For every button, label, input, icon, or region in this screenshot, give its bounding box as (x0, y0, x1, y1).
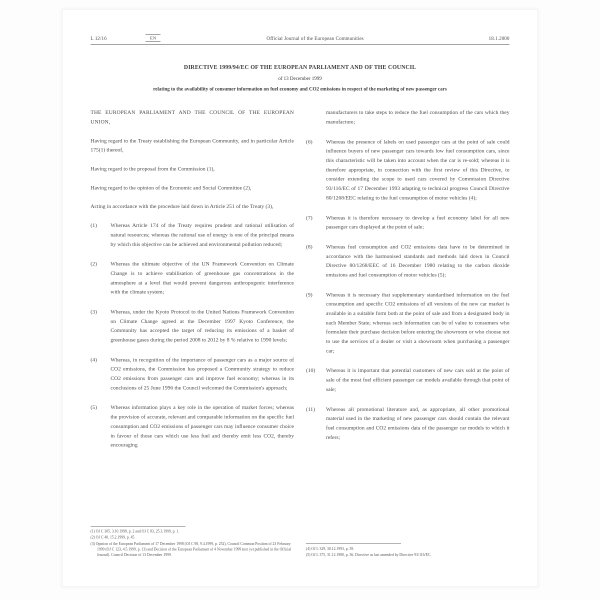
recital-text: Whereas, in recognition of the importanc… (111, 357, 295, 391)
directive-title: DIRECTIVE 1999/94/EC OF THE EUROPEAN PAR… (91, 64, 510, 72)
recital-text: Whereas it is important that potential c… (326, 368, 510, 393)
citation: Acting in accordance with the procedure … (91, 202, 295, 211)
recital: (8) Whereas fuel consumption and CO2 emi… (306, 242, 510, 279)
recital-text: Whereas Article 174 of the Treaty requir… (111, 223, 295, 248)
recital-number: (3) (91, 307, 97, 316)
recital: (5) Whereas information plays a key role… (91, 403, 295, 450)
journal-title: Official Journal of the European Communi… (176, 36, 455, 42)
footnote-rule (306, 543, 401, 544)
left-column: THE EUROPEAN PARLIAMENT AND THE COUNCIL … (91, 108, 295, 558)
document-viewer: L 12/16 EN Official Journal of the Europ… (0, 0, 600, 600)
recital: (6) Whereas the presence of labels on us… (306, 137, 510, 202)
footnote: (3) Opinion of the European Parliament o… (91, 541, 295, 558)
recital-number: (7) (306, 213, 312, 222)
language-code: EN (146, 35, 161, 42)
recital-number: (4) (91, 355, 97, 364)
directive-subject: relating to the availability of consumer… (115, 86, 485, 94)
footnote: (1) OJ C 305, 3.10.1998, p. 2 and OJ C 8… (91, 529, 295, 535)
recital-text: Whereas all promotional literature and, … (326, 406, 510, 440)
recital-text: Whereas the presence of labels on used p… (326, 139, 510, 201)
recital-number: (1) (91, 221, 97, 230)
page-header: L 12/16 EN Official Journal of the Europ… (91, 35, 510, 45)
footnotes-right: (4) OJ L 329, 30.12.1993, p. 39. (5) OJ … (306, 543, 510, 558)
recital-text: Whereas it is therefore necessary to dev… (326, 215, 510, 230)
recital-number: (11) (306, 405, 315, 414)
recital: (1) Whereas Article 174 of the Treaty re… (91, 221, 295, 249)
recital: (7) Whereas it is therefore necessary to… (306, 213, 510, 232)
citation: Having regard to the proposal from the C… (91, 165, 295, 174)
recital-number: (9) (306, 290, 312, 299)
recital: (9) Whereas it is necessary that supplem… (306, 290, 510, 355)
recital: (2) Whereas the ultimate objective of th… (91, 260, 295, 297)
directive-date: of 13 December 1999 (91, 76, 510, 82)
footnote-rule (91, 526, 186, 527)
document-body: THE EUROPEAN PARLIAMENT AND THE COUNCIL … (91, 108, 510, 558)
recital-continuation: manufacturers to take steps to reduce th… (306, 108, 510, 127)
scan-stage: L 12/16 EN Official Journal of the Europ… (0, 0, 600, 600)
recital-number: (8) (306, 242, 312, 251)
recital-number: (10) (306, 366, 315, 375)
citation: Having regard to the opinion of the Econ… (91, 183, 295, 192)
recital: (10) Whereas it is important that potent… (306, 366, 510, 394)
right-column: manufacturers to take steps to reduce th… (306, 108, 510, 558)
page-code: L 12/16 (91, 36, 146, 42)
issue-date: 18.1.2000 (455, 36, 510, 42)
recital-text: Whereas fuel consumption and CO2 emissio… (326, 244, 510, 278)
recital-number: (2) (91, 260, 97, 269)
footnote: (4) OJ L 329, 30.12.1993, p. 39. (306, 546, 510, 552)
footnotes-left: (1) OJ C 305, 3.10.1998, p. 2 and OJ C 8… (91, 526, 295, 558)
recital: (11) Whereas all promotional literature … (306, 405, 510, 442)
recital-text: Whereas it is necessary that supplementa… (326, 292, 510, 354)
title-block: DIRECTIVE 1999/94/EC OF THE EUROPEAN PAR… (91, 64, 510, 93)
footnote: (5) OJ L 375, 31.12.1980, p. 36. Directi… (306, 552, 510, 558)
recital-text: Whereas, under the Kyoto Protocol to the… (111, 309, 295, 343)
recital: (3) Whereas, under the Kyoto Protocol to… (91, 307, 295, 344)
journal-page: L 12/16 EN Official Journal of the Europ… (62, 9, 538, 587)
recital: (4) Whereas, in recognition of the impor… (91, 355, 295, 392)
recital-text: Whereas information plays a key role in … (111, 405, 295, 448)
footnote: (2) OJ C 40, 15.2.1999, p. 45. (91, 535, 295, 541)
recital-number: (6) (306, 137, 312, 146)
citation: Having regard to the Treaty establishing… (91, 136, 295, 155)
recital-text: Whereas the ultimate objective of the UN… (111, 261, 295, 295)
preamble-opening: THE EUROPEAN PARLIAMENT AND THE COUNCIL … (91, 108, 295, 127)
recital-number: (5) (91, 403, 97, 412)
